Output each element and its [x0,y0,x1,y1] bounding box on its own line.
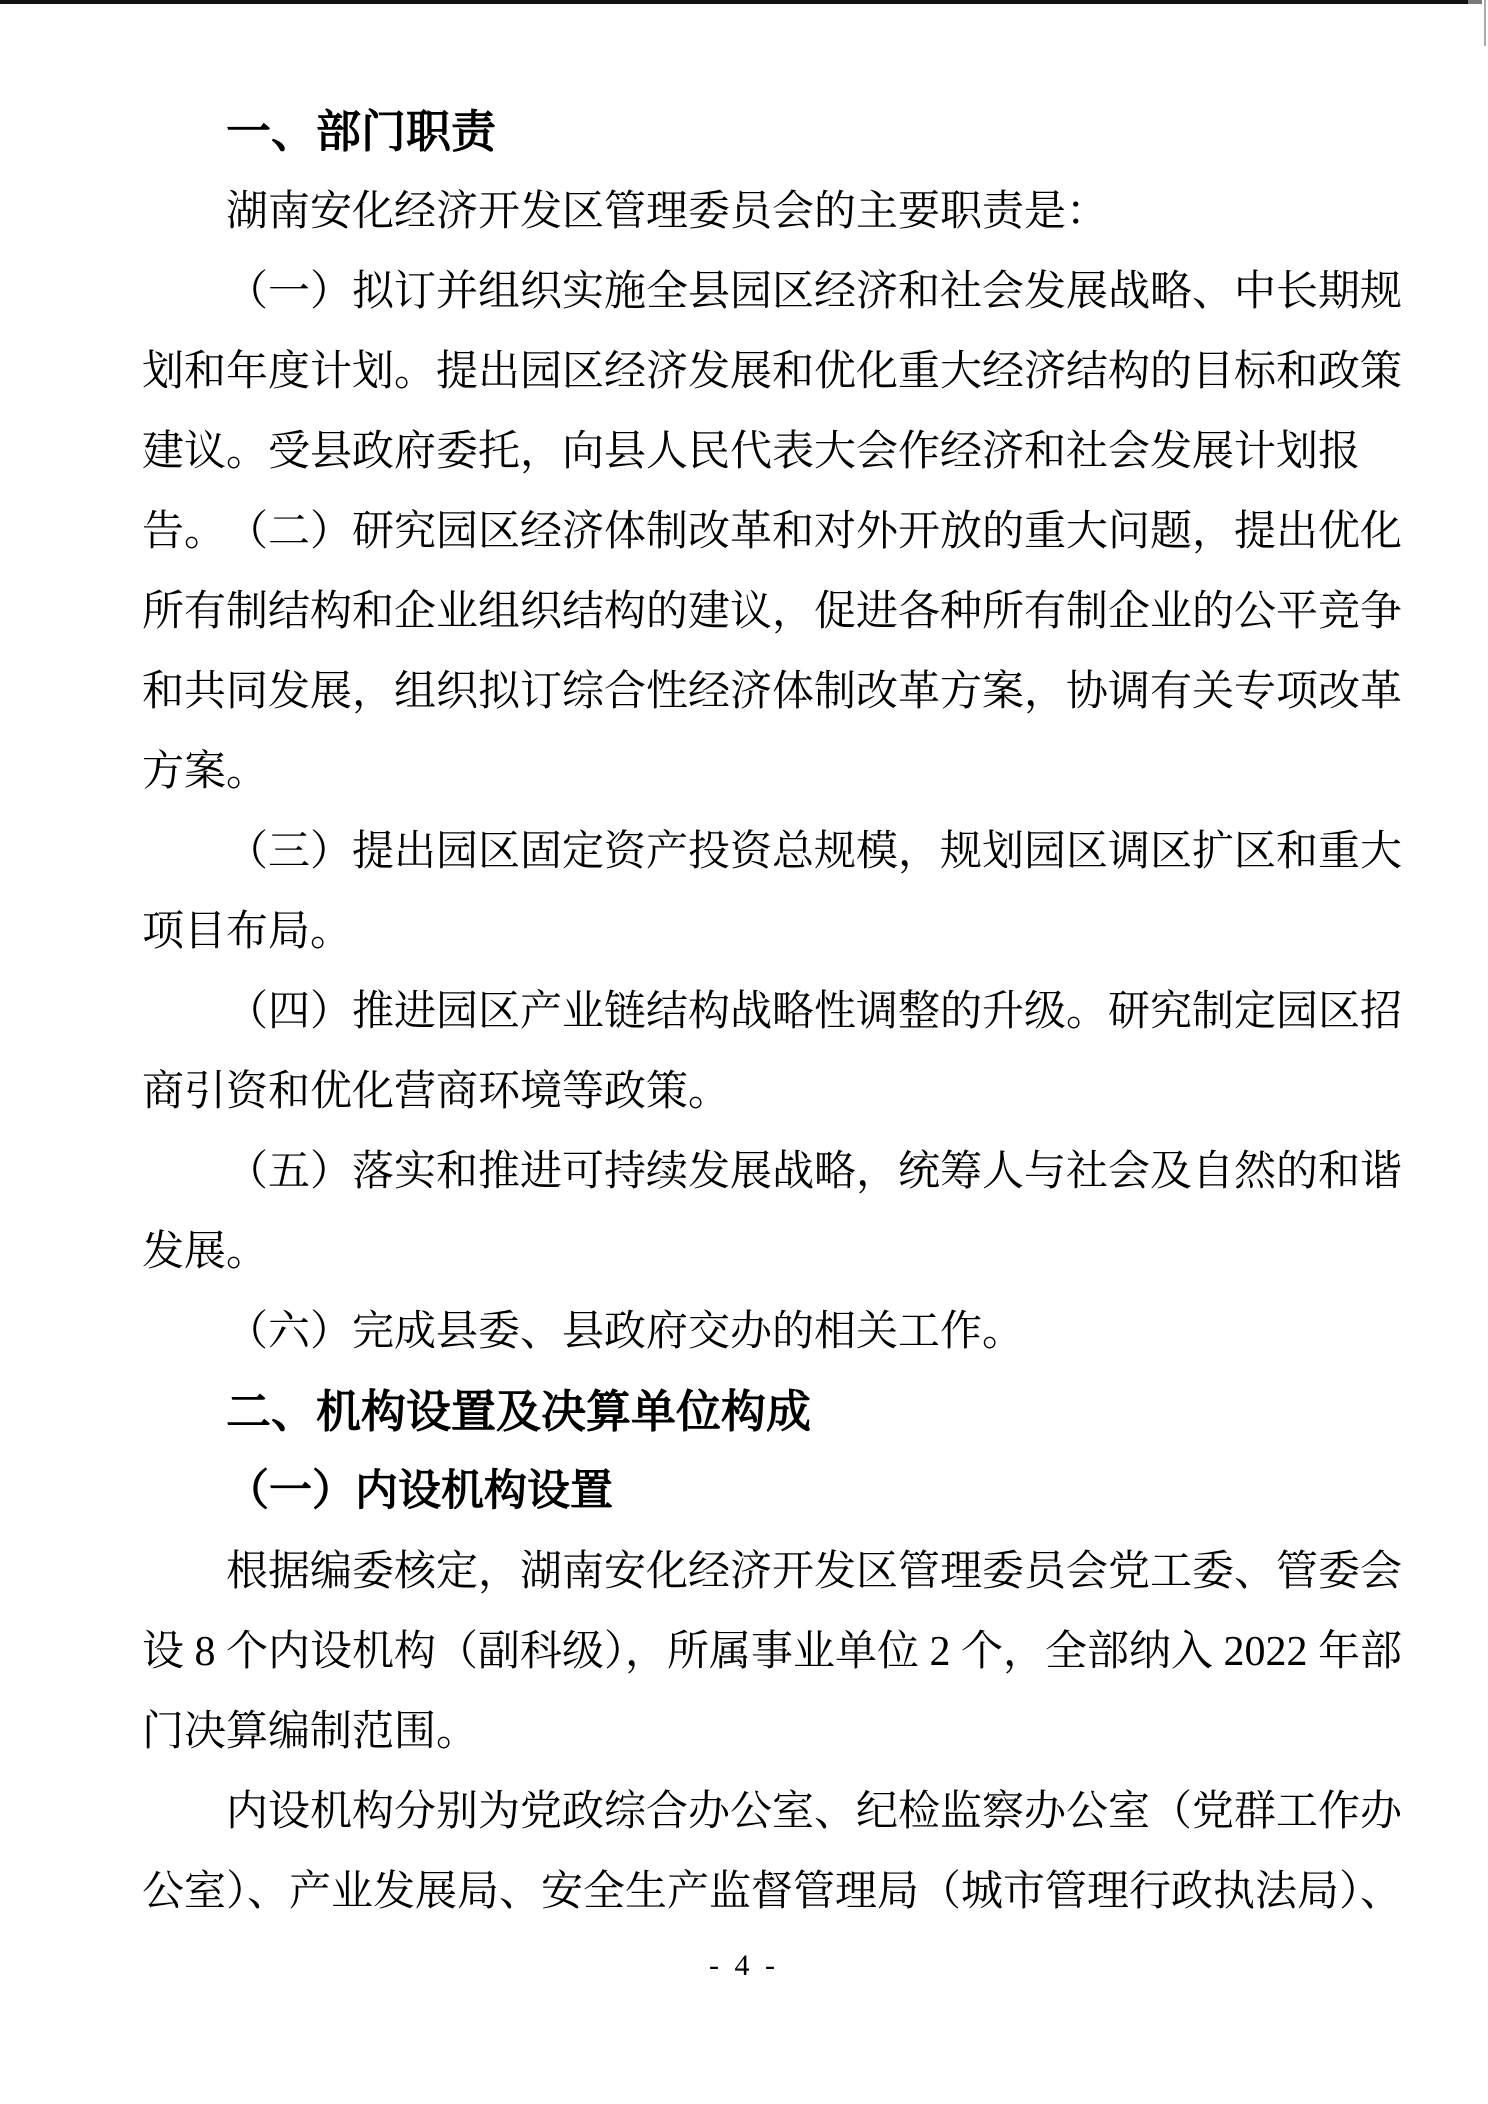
paragraph-line: （四）推进园区产业链结构战略性调整的升级。研究制定园区招 [142,972,1402,1052]
sub-section-heading: （一）内设机构设置 [142,1452,1402,1532]
paragraph-line: 设 8 个内设机构（副科级），所属事业单位 2 个，全部纳入 2022 年部 [142,1612,1402,1692]
paragraph-line: 湖南安化经济开发区管理委员会的主要职责是： [142,172,1402,252]
section-heading-1: 一、部门职责 [142,92,1402,172]
paragraph-line: 所有制结构和企业组织结构的建议，促进各种所有制企业的公平竞争 [142,572,1402,652]
document-body: 一、部门职责 湖南安化经济开发区管理委员会的主要职责是： （一）拟订并组织实施全… [142,92,1402,1932]
paragraph-line: 项目布局。 [142,892,1402,972]
paragraph-line: 门决算编制范围。 [142,1692,1402,1772]
page-number: - 4 - [0,1946,1488,1986]
scan-artifact-right-edge [1484,0,1486,46]
paragraph-line: （二）研究园区经济体制改革和对外开放的重大问题，提出优化 [142,492,1402,572]
paragraph-line: （三）提出园区固定资产投资总规模，规划园区调区扩区和重大 [142,812,1402,892]
paragraph-line: （一）拟订并组织实施全县园区经济和社会发展战略、中长期规 [142,252,1402,332]
paragraph-line: 方案。 [142,732,1402,812]
scan-artifact-top-bar [0,0,1468,4]
paragraph-line: 根据编委核定，湖南安化经济开发区管理委员会党工委、管委会 [142,1532,1402,1612]
paragraph-line: 商引资和优化营商环境等政策。 [142,1052,1402,1132]
paragraph-line: 和共同发展，组织拟订综合性经济体制改革方案，协调有关专项改革 [142,652,1402,732]
paragraph-line: 建议。受县政府委托，向县人民代表大会作经济和社会发展计划报告。 [142,412,1402,492]
scan-artifact-top-bar-tail [1468,0,1482,4]
paragraph-line: 内设机构分别为党政综合办公室、纪检监察办公室（党群工作办 [142,1772,1402,1852]
section-heading-2: 二、机构设置及决算单位构成 [142,1372,1402,1452]
paragraph-line: 划和年度计划。提出园区经济发展和优化重大经济结构的目标和政策 [142,332,1402,412]
paragraph-line: 发展。 [142,1212,1402,1292]
paragraph-line: （五）落实和推进可持续发展战略，统筹人与社会及自然的和谐 [142,1132,1402,1212]
paragraph-line: 公室）、产业发展局、安全生产监督管理局（城市管理行政执法局）、 [142,1852,1402,1932]
paragraph-line: （六）完成县委、县政府交办的相关工作。 [142,1292,1402,1372]
